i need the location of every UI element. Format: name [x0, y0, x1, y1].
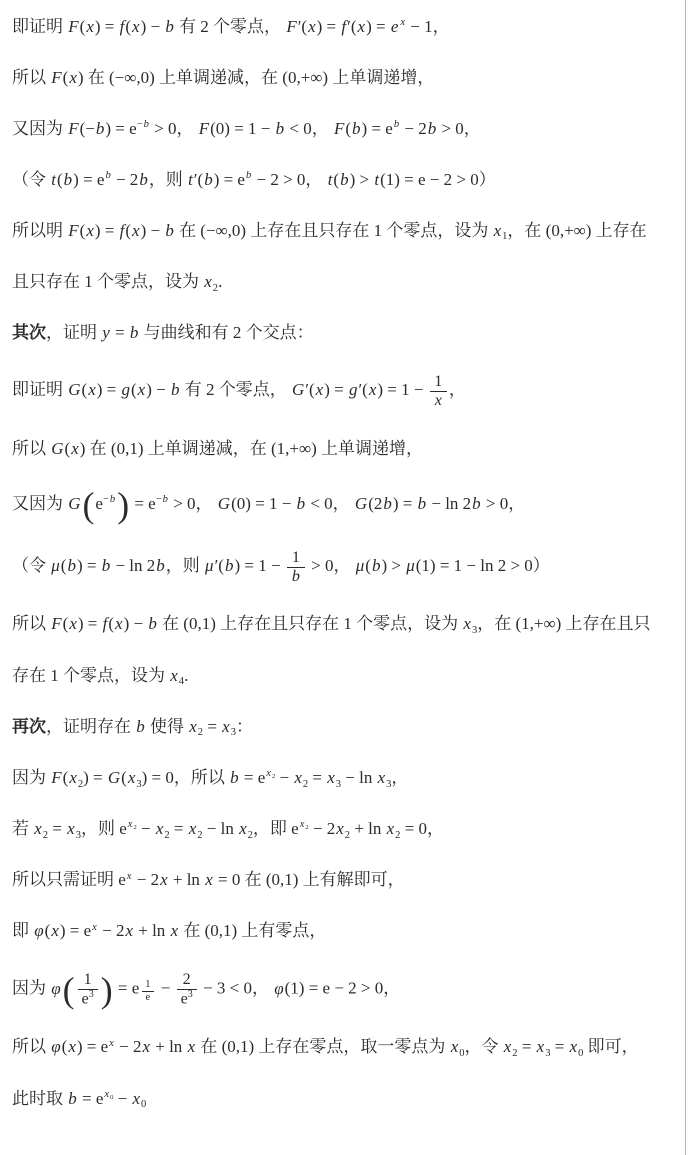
fraction: 1e3 [78, 971, 98, 1008]
math-variable: x [85, 17, 95, 36]
superscript: x [126, 872, 133, 883]
fraction-denominator: b [287, 567, 305, 586]
math-variable: x [462, 614, 472, 633]
subscript: 0 [578, 1049, 583, 1060]
fraction-numerator: 1 [141, 979, 154, 991]
proof-line-01: 即证明 F(x) = f(x) − b 有 2 个零点， F′(x) = f′(… [0, 2, 693, 53]
subscript: 2 [197, 831, 202, 842]
proof-line-21: 此时取 b = ex0 − x0 [0, 1074, 693, 1125]
math-variable: x [368, 380, 378, 399]
math-variable: φ [273, 979, 284, 998]
math-variable: x [265, 768, 272, 779]
math-variable: b [67, 1089, 78, 1108]
math-variable: x [169, 666, 179, 685]
math-variable: b [164, 17, 175, 36]
math-variable: F [50, 768, 62, 787]
math-variable: b [224, 556, 235, 575]
math-variable: G [107, 768, 121, 787]
math-variable: b [296, 494, 307, 513]
big-paren: ) [116, 485, 130, 525]
math-variable: b [371, 556, 382, 575]
big-paren: ( [62, 970, 76, 1010]
math-variable: x [377, 768, 387, 787]
subscript: 0 [459, 1049, 464, 1060]
superscript: 3 [188, 990, 193, 1000]
math-variable: b [291, 568, 301, 585]
math-variable: t [327, 170, 334, 189]
math-variable: b [203, 170, 214, 189]
math-variable: x [434, 392, 443, 409]
math-variable: x [450, 1037, 460, 1056]
subscript: 1 [502, 232, 507, 243]
math-variable: b [275, 119, 286, 138]
math-variable: b [129, 323, 140, 342]
math-variable: μ [405, 556, 416, 575]
fraction: 1b [287, 549, 305, 586]
math-variable: μ [355, 556, 366, 575]
fraction-numerator: 2 [179, 971, 195, 989]
math-variable: y [101, 323, 111, 342]
math-variable: b [63, 170, 74, 189]
subscript: 3 [231, 728, 236, 739]
math-variable: φ [50, 1037, 61, 1056]
subscript: 0 [141, 1100, 146, 1111]
big-paren: ( [82, 485, 96, 525]
proof-line-04: （令 t(b) = eb − 2b，则 t′(b) = eb − 2 > 0， … [0, 155, 693, 206]
proof-line-16: 若 x2 = x3，则 ex2 − x2 = x2 − ln x2，即 ex2 … [0, 804, 693, 855]
subscript: 2 [78, 780, 83, 791]
subscript: 2 [213, 284, 218, 295]
math-variable: φ [50, 979, 61, 998]
math-variable: b [162, 494, 169, 505]
superscript: x2 [265, 769, 275, 780]
superscript: b [104, 171, 111, 182]
math-variable: f [102, 614, 109, 633]
superscript: x0 [103, 1090, 113, 1101]
math-variable: x [493, 221, 503, 240]
math-variable: x [70, 439, 80, 458]
math-variable: x [399, 17, 406, 28]
page-right-border [685, 0, 686, 1155]
math-variable: e [390, 17, 400, 36]
subscript: 2 [248, 831, 253, 842]
subscript: 2 [198, 728, 203, 739]
math-variable: G [217, 494, 231, 513]
math-variable: b [104, 170, 111, 181]
math-variable: b [351, 119, 362, 138]
proof-line-08: 即证明 G(x) = g(x) − b 有 2 个零点， G′(x) = g′(… [0, 359, 693, 424]
proof-line-03: 又因为 F(−b) = e−b > 0， F(0) = 1 − b < 0， F… [0, 104, 693, 155]
math-variable: G [50, 439, 64, 458]
math-variable: F [67, 221, 79, 240]
document-lines: 即证明 F(x) = f(x) − b 有 2 个零点， F′(x) = f′(… [0, 2, 693, 1125]
math-variable: μ [204, 556, 215, 575]
proof-line-05: 所以明 F(x) = f(x) − b 在 (−∞,0) 上存在且只存在 1 个… [0, 206, 693, 257]
subscript: 3 [386, 780, 391, 791]
math-variable: x [326, 768, 336, 787]
math-variable: x [68, 614, 78, 633]
math-variable: x [307, 17, 317, 36]
math-variable: t [50, 170, 57, 189]
math-variable: x [68, 68, 78, 87]
math-variable: b [155, 556, 166, 575]
subscript: 3 [472, 626, 477, 637]
math-variable: b [382, 494, 393, 513]
subscript: 2 [345, 831, 350, 842]
math-variable: x [33, 819, 43, 838]
math-variable: φ [33, 921, 44, 940]
proof-line-14: 再次，证明存在 b 使得 x2 = x3： [0, 702, 693, 753]
math-variable: x [67, 1037, 77, 1056]
math-variable: x [68, 768, 78, 787]
fraction-denominator: e3 [78, 989, 98, 1008]
math-variable: b [245, 170, 252, 181]
math-variable: b [143, 119, 150, 130]
subscript: 2 [43, 831, 48, 842]
subscript: 2 [512, 1049, 517, 1060]
math-variable: x [357, 17, 367, 36]
proof-line-11: （令 μ(b) = b − ln 2b，则 μ′(b) = 1 − 1b > 0… [0, 535, 693, 600]
subscript: 3 [545, 1049, 550, 1060]
proof-line-19: 因为 φ(1e3) = e1e − 2e3 − 3 < 0， φ(1) = e … [0, 957, 693, 1022]
math-variable: x [159, 870, 169, 889]
proof-line-18: 即 φ(x) = ex − 2x + ln x 在 (0,1) 上有零点， [0, 906, 693, 957]
math-variable: b [101, 556, 112, 575]
math-variable: b [66, 556, 77, 575]
math-variable: x [85, 221, 95, 240]
proof-line-06: 且只存在 1 个零点，设为 x2. [0, 257, 693, 308]
fraction-denominator: x [430, 391, 447, 410]
math-proof-document: 即证明 F(x) = f(x) − b 有 2 个零点， F′(x) = f′(… [0, 0, 693, 1155]
math-variable: x [108, 1038, 115, 1049]
subscript: 3 [336, 780, 341, 791]
proof-line-10: 又因为 G(e−b) = e−b > 0， G(0) = 1 − b < 0， … [0, 475, 693, 535]
math-variable: x [299, 819, 306, 830]
math-variable: x [131, 221, 141, 240]
math-variable: f [119, 17, 126, 36]
superscript: −b [103, 495, 116, 506]
superscript: 1e [139, 979, 156, 1003]
math-variable: x [87, 380, 97, 399]
fraction-denominator: e [142, 991, 155, 1004]
subscript: 2 [164, 831, 169, 842]
math-variable: x [124, 921, 134, 940]
math-variable: b [339, 170, 350, 189]
subscript: 0 [110, 1095, 113, 1102]
math-variable: x [126, 871, 133, 882]
math-variable: x [569, 1037, 579, 1056]
math-variable: x [91, 922, 98, 933]
math-variable: b [138, 170, 149, 189]
math-variable: b [417, 494, 428, 513]
math-variable: b [427, 119, 438, 138]
proof-line-17: 所以只需证明 ex − 2x + ln x = 0 在 (0,1) 上有解即可， [0, 855, 693, 906]
superscript: b [245, 171, 252, 182]
superscript: x [91, 923, 98, 934]
bold-lead-word: 再次 [12, 717, 46, 736]
fraction: 1x [430, 373, 447, 410]
math-variable: x [114, 614, 124, 633]
math-variable: x [131, 1089, 141, 1108]
math-variable: x [141, 1037, 151, 1056]
math-variable: G [67, 494, 81, 513]
math-variable: x [293, 768, 303, 787]
fraction: 2e3 [177, 971, 197, 1008]
bold-lead-word: 其次 [12, 323, 46, 342]
subscript: 3 [76, 831, 81, 842]
proof-line-09: 所以 G(x) 在 (0,1) 上单调递减，在 (1,+∞) 上单调递增， [0, 424, 693, 475]
subscript: 2 [133, 825, 136, 832]
math-variable: b [170, 380, 181, 399]
math-variable: x [315, 380, 325, 399]
superscript: −b [137, 120, 150, 131]
math-variable: x [50, 921, 60, 940]
math-variable: b [147, 614, 158, 633]
math-variable: x [335, 819, 345, 838]
superscript: x [108, 1039, 115, 1050]
subscript: 2 [395, 831, 400, 842]
math-variable: G [67, 380, 81, 399]
math-variable: x [221, 717, 231, 736]
superscript: b [393, 120, 400, 131]
math-variable: G [354, 494, 368, 513]
math-variable: F [67, 17, 79, 36]
proof-line-02: 所以 F(x) 在 (−∞,0) 上单调递减，在 (0,+∞) 上单调递增， [0, 53, 693, 104]
math-variable: b [135, 717, 146, 736]
big-paren: ) [100, 970, 114, 1010]
math-variable: F [285, 17, 297, 36]
math-variable: F [67, 119, 79, 138]
math-variable: μ [50, 556, 61, 575]
math-variable: t [187, 170, 194, 189]
math-variable: x [204, 870, 214, 889]
math-variable: b [471, 494, 482, 513]
math-variable: x [127, 819, 134, 830]
proof-line-13: 存在 1 个零点，设为 x4. [0, 651, 693, 702]
math-variable: b [95, 119, 106, 138]
proof-line-07: 其次，证明 y = b 与曲线和有 2 个交点： [0, 308, 693, 359]
math-variable: x [203, 272, 213, 291]
math-variable: x [170, 921, 180, 940]
math-variable: x [103, 1089, 110, 1100]
math-variable: g [121, 380, 132, 399]
math-variable: f [340, 17, 347, 36]
fraction-denominator: e3 [177, 989, 197, 1008]
math-variable: F [333, 119, 345, 138]
math-variable: b [393, 119, 400, 130]
math-variable: F [50, 68, 62, 87]
fraction-numerator: 1 [430, 373, 446, 391]
proof-line-20: 所以 φ(x) = ex − 2x + ln x 在 (0,1) 上存在零点，取… [0, 1022, 693, 1073]
math-variable: x [188, 819, 198, 838]
math-variable: x [137, 380, 147, 399]
subscript: 3 [136, 780, 141, 791]
math-variable: b [229, 768, 240, 787]
math-variable: x [187, 1037, 197, 1056]
math-variable: f [119, 221, 126, 240]
subscript: 4 [179, 677, 184, 688]
subscript: 2 [305, 825, 308, 832]
superscript: x2 [299, 820, 309, 831]
math-variable: x [127, 768, 137, 787]
superscript: x [399, 18, 406, 29]
math-variable: F [50, 614, 62, 633]
math-variable: g [348, 380, 359, 399]
superscript: 3 [89, 990, 94, 1000]
math-variable: x [386, 819, 396, 838]
math-variable: F [198, 119, 210, 138]
fraction: 1e [141, 979, 154, 1003]
math-variable: G [291, 380, 305, 399]
proof-line-15: 因为 F(x2) = G(x3) = 0，所以 b = ex2 − x2 = x… [0, 753, 693, 804]
subscript: 2 [303, 780, 308, 791]
fraction-numerator: 1 [288, 549, 304, 567]
math-variable: x [155, 819, 165, 838]
fraction-numerator: 1 [80, 971, 96, 989]
math-variable: x [503, 1037, 513, 1056]
math-variable: b [164, 221, 175, 240]
math-variable: x [536, 1037, 546, 1056]
math-variable: x [188, 717, 198, 736]
math-variable: x [66, 819, 76, 838]
proof-line-12: 所以 F(x) = f(x) − b 在 (0,1) 上存在且只存在 1 个零点… [0, 599, 693, 650]
math-variable: x [238, 819, 248, 838]
superscript: −b [156, 495, 169, 506]
math-variable: x [131, 17, 141, 36]
math-variable: t [373, 170, 380, 189]
superscript: x2 [127, 820, 137, 831]
subscript: 2 [272, 774, 275, 781]
